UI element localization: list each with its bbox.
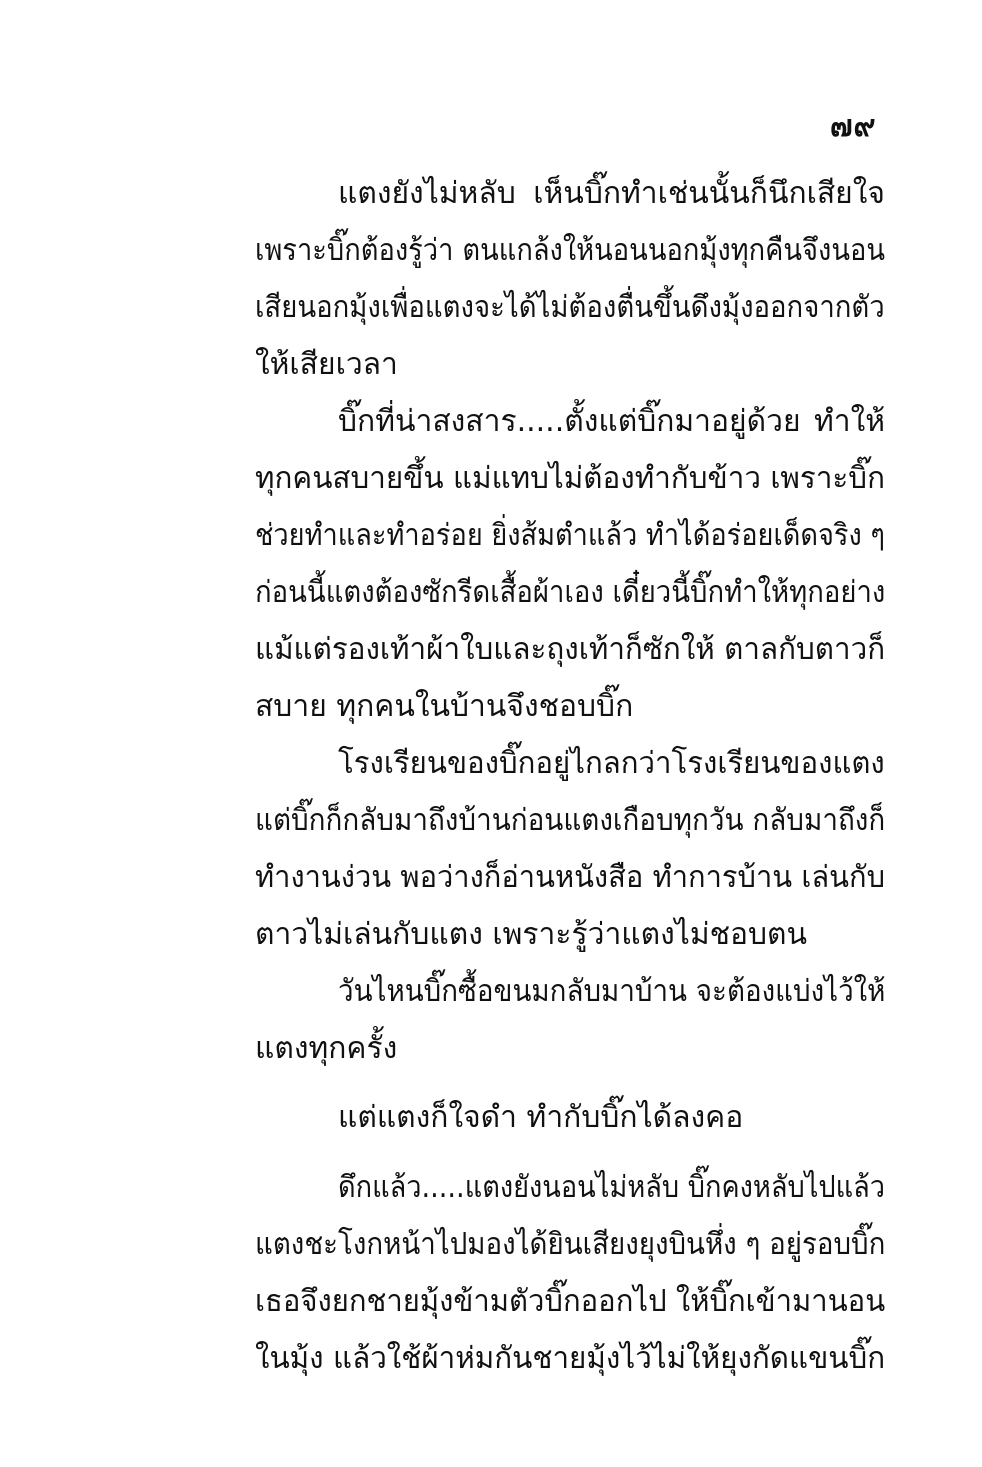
- text-line: ตาวไม่เล่นกับแตง เพราะรู้ว่าแตงไม่ชอบตน: [255, 913, 885, 957]
- text-line: ให้เสียเวลา: [255, 343, 885, 387]
- text-line: โรงเรียนของบิ๊กอยู่ไกลกว่าโรงเรียนของแตง: [338, 742, 885, 786]
- text-line: แม้แต่รองเท้าผ้าใบและถุงเท้าก็ซักให้ ตาล…: [255, 628, 885, 672]
- text-line: ดึกแล้ว.....แตงยังนอนไม่หลับ บิ๊กคงหลับไ…: [338, 1166, 885, 1210]
- text-line: เสียนอกมุ้งเพื่อแตงจะได้ไม่ต้องตื่นขึ้นด…: [255, 286, 885, 330]
- text-line: ในมุ้ง แล้วใช้ผ้าห่มกันชายมุ้งไว้ไม่ให้ย…: [255, 1337, 885, 1381]
- text-line: แต่แตงก็ใจดำ ทำกับบิ๊กได้ลงคอ: [338, 1096, 885, 1140]
- text-line: ทุกคนสบายขึ้น แม่แทบไม่ต้องทำกับข้าว เพร…: [255, 457, 885, 501]
- text-line: ก่อนนี้แตงต้องซักรีดเสื้อผ้าเอง เดี๋ยวนี…: [255, 571, 885, 615]
- text-line: แตงทุกครั้ง: [255, 1027, 885, 1071]
- text-line: เธอจึงยกชายมุ้งข้ามตัวบิ๊กออกไป ให้บิ๊กเ…: [255, 1280, 885, 1324]
- text-line: แต่บิ๊กก็กลับมาถึงบ้านก่อนแตงเกือบทุกวัน…: [255, 799, 885, 843]
- text-line: ช่วยทำและทำอร่อย ยิ่งส้มตำแล้ว ทำได้อร่อ…: [255, 514, 885, 558]
- text-line: ทำงานง่วน พอว่างก็อ่านหนังสือ ทำการบ้าน …: [255, 856, 885, 900]
- text-line: บิ๊กที่น่าสงสาร.....ตั้งแต่บิ๊กมาอยู่ด้ว…: [338, 400, 885, 444]
- text-line: แตงยังไม่หลับ เห็นบิ๊กทำเช่นนั้นก็นึกเสี…: [338, 172, 885, 216]
- text-line: แตงชะโงกหน้าไปมองได้ยินเสียงยุงบินหึ่ง ๆ…: [255, 1223, 885, 1267]
- text-line: สบาย ทุกคนในบ้านจึงชอบบิ๊ก: [255, 685, 885, 729]
- page-number: ๗๙: [830, 103, 877, 150]
- text-line: วันไหนบิ๊กซื้อขนมกลับมาบ้าน จะต้องแบ่งไว…: [338, 970, 885, 1014]
- text-line: เพราะบิ๊กต้องรู้ว่า ตนแกล้งให้นอนนอกมุ้ง…: [255, 229, 885, 273]
